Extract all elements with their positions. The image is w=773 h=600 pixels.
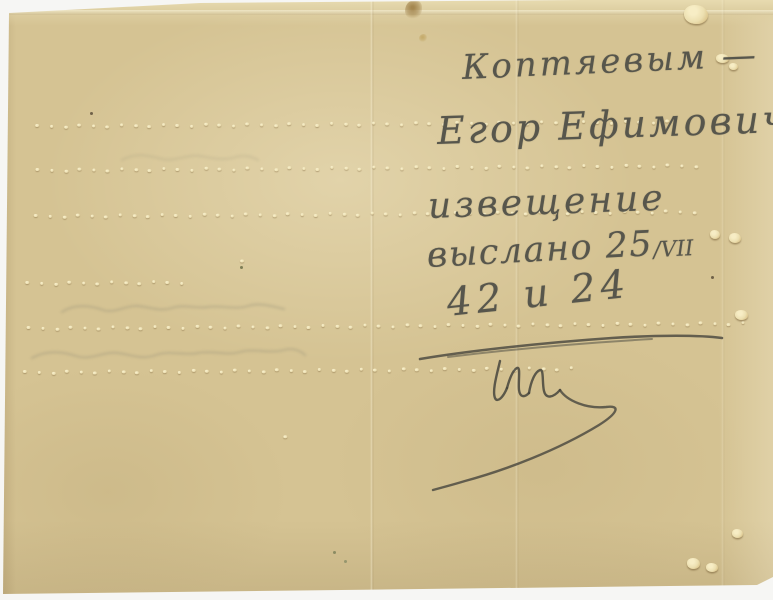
- handwritten-line-3: извещение: [427, 181, 666, 225]
- scan-background: Коптяевым — Егор Ефимович извещение высл…: [0, 0, 773, 600]
- paper-sheet: Коптяевым — Егор Ефимович извещение высл…: [0, 0, 773, 600]
- handwritten-line-4-date-fraction: /VII: [653, 236, 694, 263]
- bleed-through-text: [32, 155, 305, 358]
- handwritten-line-2: Егор Ефимович: [436, 100, 773, 150]
- pencil-strokes-layer: [0, 0, 773, 600]
- signature-flourish: [420, 336, 722, 490]
